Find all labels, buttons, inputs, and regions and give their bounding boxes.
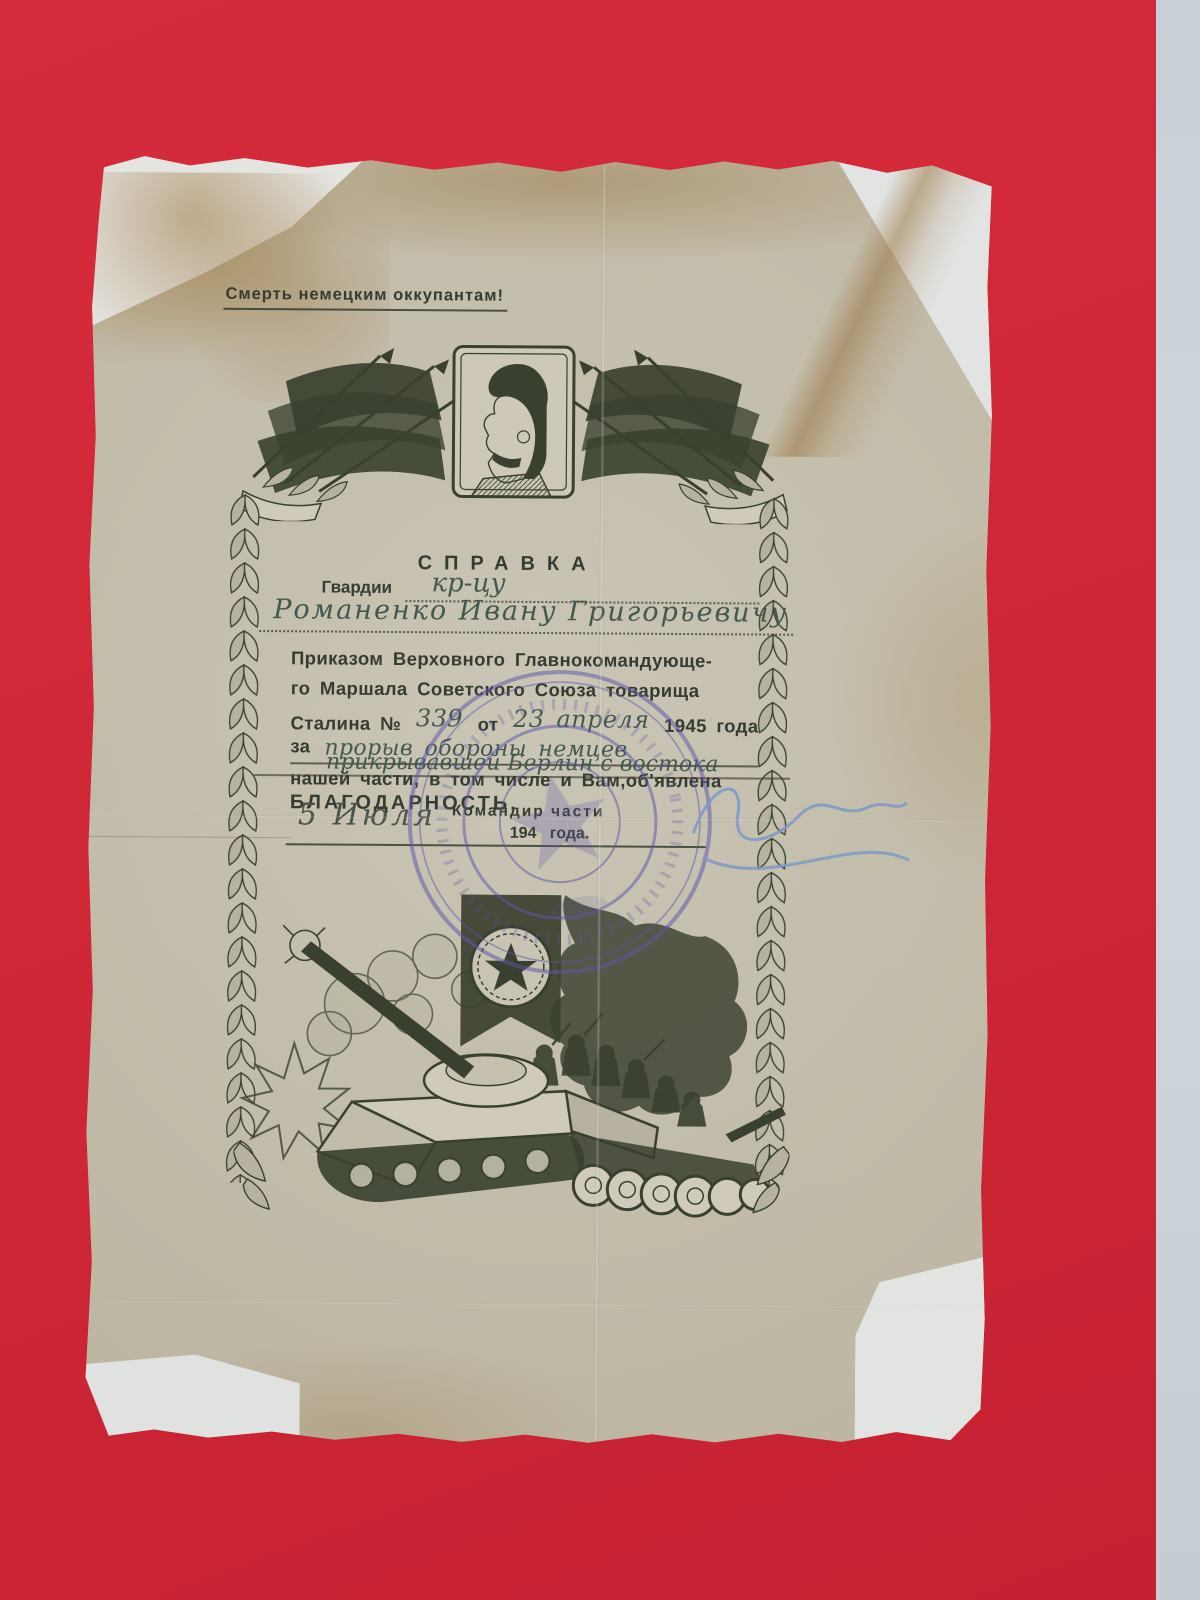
paper-fold-crease (82, 1300, 987, 1309)
paper-corner-white-bottom-right (854, 1255, 987, 1448)
second-gun-barrel (726, 1106, 786, 1142)
fill-in-dotted-line (259, 630, 793, 636)
stalin-label: Сталина № (290, 712, 401, 735)
laurel-ribbon-end-right (753, 1147, 789, 1213)
slogan-text: Смерть немецким оккупантам! (223, 285, 508, 312)
commander-signature-scribble (681, 762, 914, 886)
table-surface-strip (1156, 0, 1200, 1600)
certificate-paper: Смерть немецким оккупантам! (82, 152, 996, 1448)
paper-corner-white-bottom-left (82, 1354, 301, 1444)
muzzle-flash (283, 925, 327, 965)
laurel-ribbon-end-left (233, 1143, 269, 1209)
paper-corner-white-top-right (834, 157, 996, 423)
faint-pencil-line (86, 836, 291, 838)
stalin-portrait-with-banners-illustration (227, 339, 800, 525)
recipient-name-handwritten: Романенко Ивану Григорьевичу (273, 594, 793, 629)
rank-handwritten: кр-цу (431, 568, 505, 599)
photo-of-certificate: Смерть немецким оккупантам! (0, 0, 1200, 1600)
round-purple-ink-stamp (399, 661, 721, 983)
